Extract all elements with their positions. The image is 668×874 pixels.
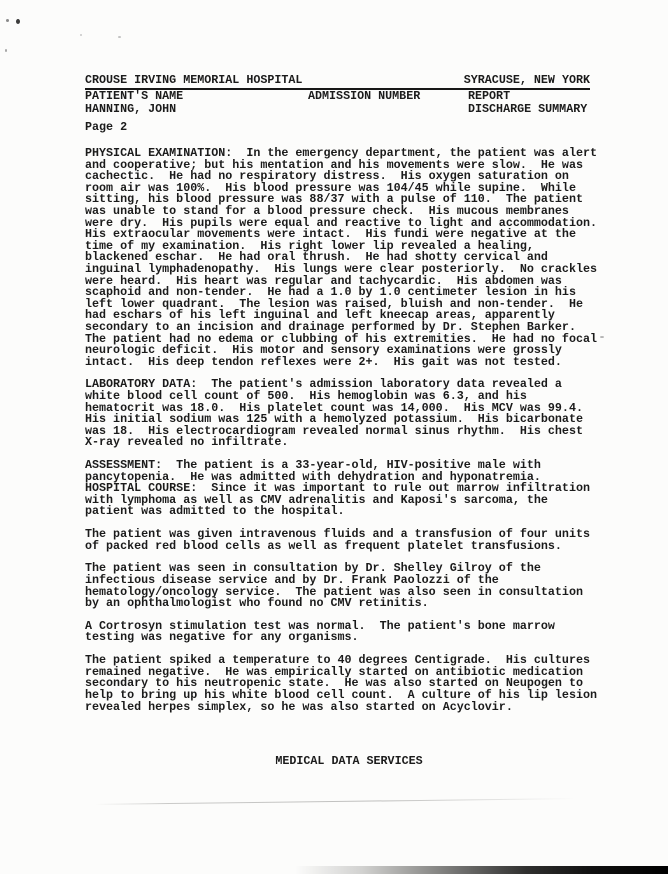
- scan-speck: [6, 19, 9, 22]
- field-labels-row: PATIENT'S NAME ADMISSION NUMBER REPORT: [85, 91, 590, 103]
- hospital-name: CROUSE IRVING MEMORIAL HOSPITAL: [85, 75, 302, 87]
- page-number: Page 2: [85, 122, 127, 134]
- paragraph-assessment-hospital-course: ASSESSMENT: The patient is a 33-year-old…: [85, 460, 613, 518]
- document-header: CROUSE IRVING MEMORIAL HOSPITAL SYRACUSE…: [85, 75, 590, 116]
- admission-number-label: ADMISSION NUMBER: [308, 91, 420, 103]
- scan-crease-line: [95, 798, 575, 805]
- paragraph-laboratory-data: LABORATORY DATA: The patient's admission…: [85, 379, 613, 449]
- report-body: PHYSICAL EXAMINATION: In the emergency d…: [85, 148, 613, 724]
- scan-speck: [16, 19, 20, 24]
- letterhead-row: CROUSE IRVING MEMORIAL HOSPITAL SYRACUSE…: [85, 75, 590, 90]
- paragraph-physical-examination: PHYSICAL EXAMINATION: In the emergency d…: [85, 148, 613, 368]
- field-values-row: HANNING, JOHN DISCHARGE SUMMARY: [85, 104, 590, 116]
- scan-edge-artifact: [295, 866, 668, 874]
- patient-name-value: HANNING, JOHN: [85, 104, 176, 116]
- paragraph-fever-treatment: The patient spiked a temperature to 40 d…: [85, 655, 613, 713]
- paragraph-cortrosyn-bone-marrow: A Cortrosyn stimulation test was normal.…: [85, 621, 613, 644]
- report-type-value: DISCHARGE SUMMARY: [468, 104, 587, 116]
- hospital-location: SYRACUSE, NEW YORK: [464, 75, 590, 87]
- report-label: REPORT: [468, 91, 510, 103]
- scanned-document-page: CROUSE IRVING MEMORIAL HOSPITAL SYRACUSE…: [0, 0, 668, 874]
- scan-speck: [80, 34, 82, 36]
- scan-speck: [5, 49, 7, 52]
- paragraph-transfusions: The patient was given intravenous fluids…: [85, 529, 613, 552]
- paragraph-consultations: The patient was seen in consultation by …: [85, 563, 613, 609]
- patient-name-label: PATIENT'S NAME: [85, 91, 183, 103]
- footer-brand: MEDICAL DATA SERVICES: [85, 756, 613, 768]
- scan-speck: [118, 36, 121, 38]
